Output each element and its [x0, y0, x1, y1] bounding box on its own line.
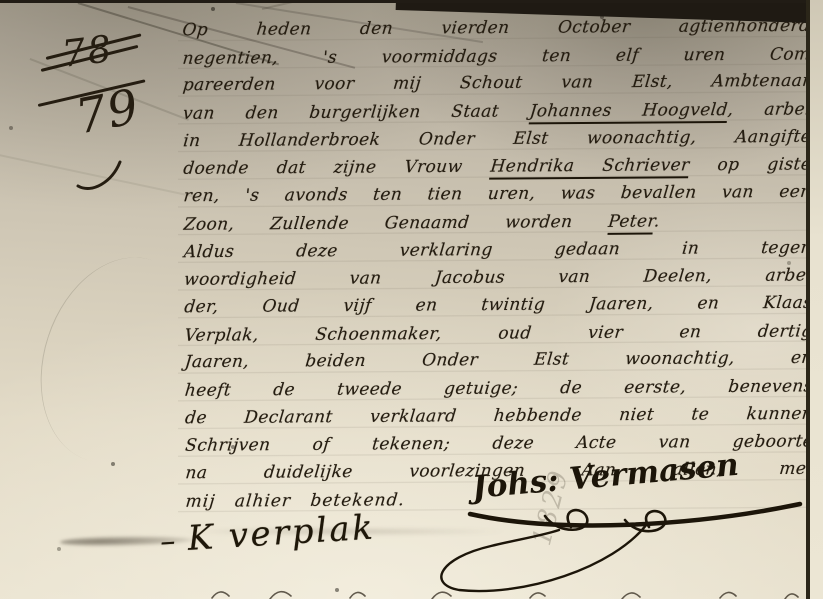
document-scan: 78 79 Op heden den vierden October agtie…	[0, 0, 823, 599]
signature-underline-flourish	[470, 504, 800, 525]
official-signature-text: Johs: Vermasen	[466, 447, 741, 507]
margin-act-numbers: 78 79	[38, 22, 178, 207]
underlined-child-name: Peter	[607, 211, 655, 234]
text-line: ren, 's avonds ten tien uren, was bevall…	[182, 179, 813, 211]
text-segment: negentien, 's voormiddags ten elf uren C…	[182, 44, 812, 68]
text-segment: Zoon, Zullende Genaamd worden	[183, 212, 609, 235]
underlined-mother-name: Hendrika Schriever	[489, 156, 690, 180]
text-line: Jaaren, beiden Onder Elst woonachtig, en	[183, 345, 814, 377]
text-segment: .	[653, 211, 661, 231]
text-segment: der, Oud vijf en twintig Jaaren, en Klaa…	[183, 293, 813, 317]
next-entry-partial-strokes	[200, 585, 810, 599]
pen-dash: –	[159, 524, 179, 560]
text-line: Aldus deze verklaring gedaan in tegen	[183, 234, 814, 266]
text-segment: van den burgerlijken Staat	[182, 101, 531, 123]
text-segment: ren, 's avonds ten tien uren, was bevall…	[183, 182, 813, 206]
number-flourish-tail	[38, 22, 178, 207]
text-line: der, Oud vijf en twintig Jaaren, en Klaa…	[183, 290, 814, 322]
official-signature: Johs: Vermasen	[395, 444, 815, 598]
scan-top-edge-line	[0, 0, 823, 3]
text-segment: heeft de tweede getuige; de eerste, bene…	[184, 376, 814, 400]
text-segment: Jaaren, beiden Onder Elst woonachtig, en	[184, 348, 814, 372]
text-segment: de Declarant verklaard hebbende niet te …	[184, 403, 814, 427]
text-segment: in Hollanderbroek Onder Elst woonachtig,…	[182, 127, 812, 151]
act-text-block: Op heden den vierden October agtienhonde…	[182, 13, 813, 516]
text-segment: , arbei	[727, 99, 812, 120]
underlined-father-name: Johannes Hoogveld	[528, 100, 728, 124]
text-segment: op giste	[689, 155, 813, 176]
scan-right-margin-strip	[810, 0, 823, 599]
text-line: pareerden voor mij Schout van Elst, Ambt…	[181, 68, 812, 100]
text-line: de Declarant verklaard hebbende niet te …	[184, 400, 815, 432]
text-line: in Hollanderbroek Onder Elst woonachtig,…	[182, 124, 813, 156]
text-segment: woordigheid van Jacobus van Deelen, arbe…	[183, 266, 813, 290]
text-segment: doende dat zijne Vrouw	[182, 157, 491, 179]
text-segment: pareerden voor mij Schout van Elst, Ambt…	[182, 71, 812, 95]
text-segment: Verplak, Schoenmaker, oud vier en dertig	[184, 321, 814, 345]
text-segment: Aldus deze verklaring gedaan in tegen	[183, 237, 813, 261]
signature-sweep	[441, 524, 647, 591]
